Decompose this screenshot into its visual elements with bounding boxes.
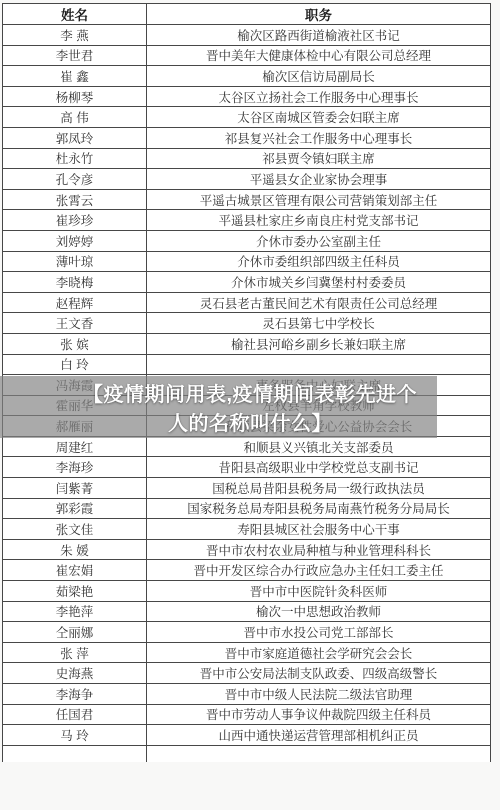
name-cell: 马 玲	[3, 725, 147, 746]
position-cell: 晋中市劳动人事争议仲裁院四级主任科员	[147, 704, 491, 725]
name-cell: 刘婷婷	[3, 230, 147, 251]
position-cell: 介休市委办公室副主任	[147, 230, 491, 251]
table-row: 郭彩霞 国家税务总局寿阳县税务局南燕竹税务分局局长	[3, 498, 491, 519]
table-row: 崔 鑫 榆次区信访局副局长	[3, 66, 491, 87]
position-cell: 榆次区路西街道榆液社区书记	[147, 25, 491, 46]
position-cell: 晋中市水投公司党工部部长	[147, 622, 491, 643]
position-cell: 灵石县老古董民间艺术有限责任公司总经理	[147, 292, 491, 313]
position-cell	[147, 354, 491, 375]
table-row: 崔珍珍 平遥县杜家庄乡南良庄村党支部书记	[3, 210, 491, 231]
header-position: 职务	[147, 4, 491, 25]
table-row: 张 萍 晋中市家庭道德社会学研究会会长	[3, 642, 491, 663]
table-row: 马 玲 山西中通快递运营管理部相机纠正员	[3, 725, 491, 746]
header-row: 姓名 职务	[3, 4, 491, 25]
position-cell: 介休市委组织部四级主任科员	[147, 251, 491, 272]
table-row: 郭凤玲 祁县复兴社会工作服务中心理事长	[3, 127, 491, 148]
position-cell: 和顺县义兴镇北关支部委员	[147, 436, 491, 457]
table-row: 高 伟 太谷区南城区管委会妇联主席	[3, 107, 491, 128]
table-row: 薄叶琼 介休市委组织部四级主任科员	[3, 251, 491, 272]
name-cell: 王文香	[3, 313, 147, 334]
position-cell: 山西中通快递运营管理部相机纠正员	[147, 725, 491, 746]
award-roster-table: 姓名 职务 李 燕 榆次区路西街道榆液社区书记 李世君 晋中美年大健康体检中心有…	[2, 3, 491, 746]
position-cell: 昔阳县高级职业中学校党总支副书记	[147, 457, 491, 478]
table-row: 李海争 晋中市中级人民法院二级法官助理	[3, 684, 491, 705]
name-cell: 崔珍珍	[3, 210, 147, 231]
position-cell: 晋中市公安局法制支队政委、四级高级警长	[147, 663, 491, 684]
table-row: 张 嫔 榆社县河峪乡副乡长兼妇联主席	[3, 333, 491, 354]
table-row: 闫紫菁 国税总局昔阳县税务局一级行政执法员	[3, 478, 491, 499]
name-cell: 崔 鑫	[3, 66, 147, 87]
table-row: 孔令彦 平遥县女企业家协会理事	[3, 169, 491, 190]
position-cell: 榆社县河峪乡副乡长兼妇联主席	[147, 333, 491, 354]
position-cell: 晋中市中医院针灸科医师	[147, 581, 491, 602]
table-row: 杜永竹 祁县贾令镇妇联主席	[3, 148, 491, 169]
name-cell: 白 玲	[3, 354, 147, 375]
name-cell: 杨柳琴	[3, 86, 147, 107]
name-cell: 李海珍	[3, 457, 147, 478]
name-cell: 郭彩霞	[3, 498, 147, 519]
name-cell: 李艳萍	[3, 601, 147, 622]
name-cell: 张文佳	[3, 519, 147, 540]
position-cell: 国家税务总局寿阳县税务局南燕竹税务分局局长	[147, 498, 491, 519]
name-cell: 朱 媛	[3, 539, 147, 560]
table-row: 茹梁艳 晋中市中医院针灸科医师	[3, 581, 491, 602]
position-cell: 太谷区南城区管委会妇联主席	[147, 107, 491, 128]
name-cell: 薄叶琼	[3, 251, 147, 272]
table-row: 周建红 和顺县义兴镇北关支部委员	[3, 436, 491, 457]
position-cell: 祁县复兴社会工作服务中心理事长	[147, 127, 491, 148]
table-row: 李艳萍 榆次一中思想政治教师	[3, 601, 491, 622]
column-divider-line	[146, 746, 148, 762]
position-cell: 榆次区信访局副局长	[147, 66, 491, 87]
position-cell: 介休市城关乡闫冀堡村村委委员	[147, 272, 491, 293]
position-cell: 平遥古城景区管理有限公司营销策划部主任	[147, 189, 491, 210]
name-cell: 张霄云	[3, 189, 147, 210]
name-cell: 李 燕	[3, 25, 147, 46]
position-cell: 平遥县杜家庄乡南良庄村党支部书记	[147, 210, 491, 231]
position-cell: 寿阳县城区社会服务中心干事	[147, 519, 491, 540]
position-cell: 晋中美年大健康体检中心有限公司总经理	[147, 45, 491, 66]
position-cell: 晋中市农村农业局种植与种业管理科科长	[147, 539, 491, 560]
name-cell: 闫紫菁	[3, 478, 147, 499]
table-row: 崔宏娟 晋中开发区综合办行政应急办主任妇工委主任	[3, 560, 491, 581]
table-row: 杨柳琴 太谷区立扬社会工作服务中心理事长	[3, 86, 491, 107]
position-cell: 平遥县女企业家协会理事	[147, 169, 491, 190]
name-cell: 李海争	[3, 684, 147, 705]
cutoff-next-row	[2, 746, 491, 762]
name-cell: 仝丽娜	[3, 622, 147, 643]
table-row: 刘婷婷 介休市委办公室副主任	[3, 230, 491, 251]
table-row: 张文佳 寿阳县城区社会服务中心干事	[3, 519, 491, 540]
name-cell: 任国君	[3, 704, 147, 725]
table-row: 李 燕 榆次区路西街道榆液社区书记	[3, 25, 491, 46]
position-cell: 国税总局昔阳县税务局一级行政执法员	[147, 478, 491, 499]
table-row: 朱 媛 晋中市农村农业局种植与种业管理科科长	[3, 539, 491, 560]
table-row: 任国君 晋中市劳动人事争议仲裁院四级主任科员	[3, 704, 491, 725]
name-cell: 史海燕	[3, 663, 147, 684]
position-cell: 榆次一中思想政治教师	[147, 601, 491, 622]
table-row: 史海燕 晋中市公安局法制支队政委、四级高级警长	[3, 663, 491, 684]
watermark-band	[0, 376, 437, 438]
table-row: 李海珍 昔阳县高级职业中学校党总支副书记	[3, 457, 491, 478]
name-cell: 李晓梅	[3, 272, 147, 293]
table-row: 李世君 晋中美年大健康体检中心有限公司总经理	[3, 45, 491, 66]
name-cell: 张 嫔	[3, 333, 147, 354]
table-row: 白 玲	[3, 354, 491, 375]
position-cell: 祁县贾令镇妇联主席	[147, 148, 491, 169]
position-cell: 灵石县第七中学校长	[147, 313, 491, 334]
name-cell: 张 萍	[3, 642, 147, 663]
table-row: 李晓梅 介休市城关乡闫冀堡村村委委员	[3, 272, 491, 293]
name-cell: 茹梁艳	[3, 581, 147, 602]
name-cell: 高 伟	[3, 107, 147, 128]
name-cell: 周建红	[3, 436, 147, 457]
position-cell: 晋中市家庭道德社会学研究会会长	[147, 642, 491, 663]
name-cell: 孔令彦	[3, 169, 147, 190]
table-row: 赵程辉 灵石县老古董民间艺术有限责任公司总经理	[3, 292, 491, 313]
name-cell: 崔宏娟	[3, 560, 147, 581]
table-row: 仝丽娜 晋中市水投公司党工部部长	[3, 622, 491, 643]
position-cell: 太谷区立扬社会工作服务中心理事长	[147, 86, 491, 107]
table-row: 王文香 灵石县第七中学校长	[3, 313, 491, 334]
position-cell: 晋中市中级人民法院二级法官助理	[147, 684, 491, 705]
table-row: 张霄云 平遥古城景区管理有限公司营销策划部主任	[3, 189, 491, 210]
name-cell: 赵程辉	[3, 292, 147, 313]
position-cell: 晋中开发区综合办行政应急办主任妇工委主任	[147, 560, 491, 581]
name-cell: 杜永竹	[3, 148, 147, 169]
name-cell: 郭凤玲	[3, 127, 147, 148]
header-name: 姓名	[3, 4, 147, 25]
name-cell: 李世君	[3, 45, 147, 66]
